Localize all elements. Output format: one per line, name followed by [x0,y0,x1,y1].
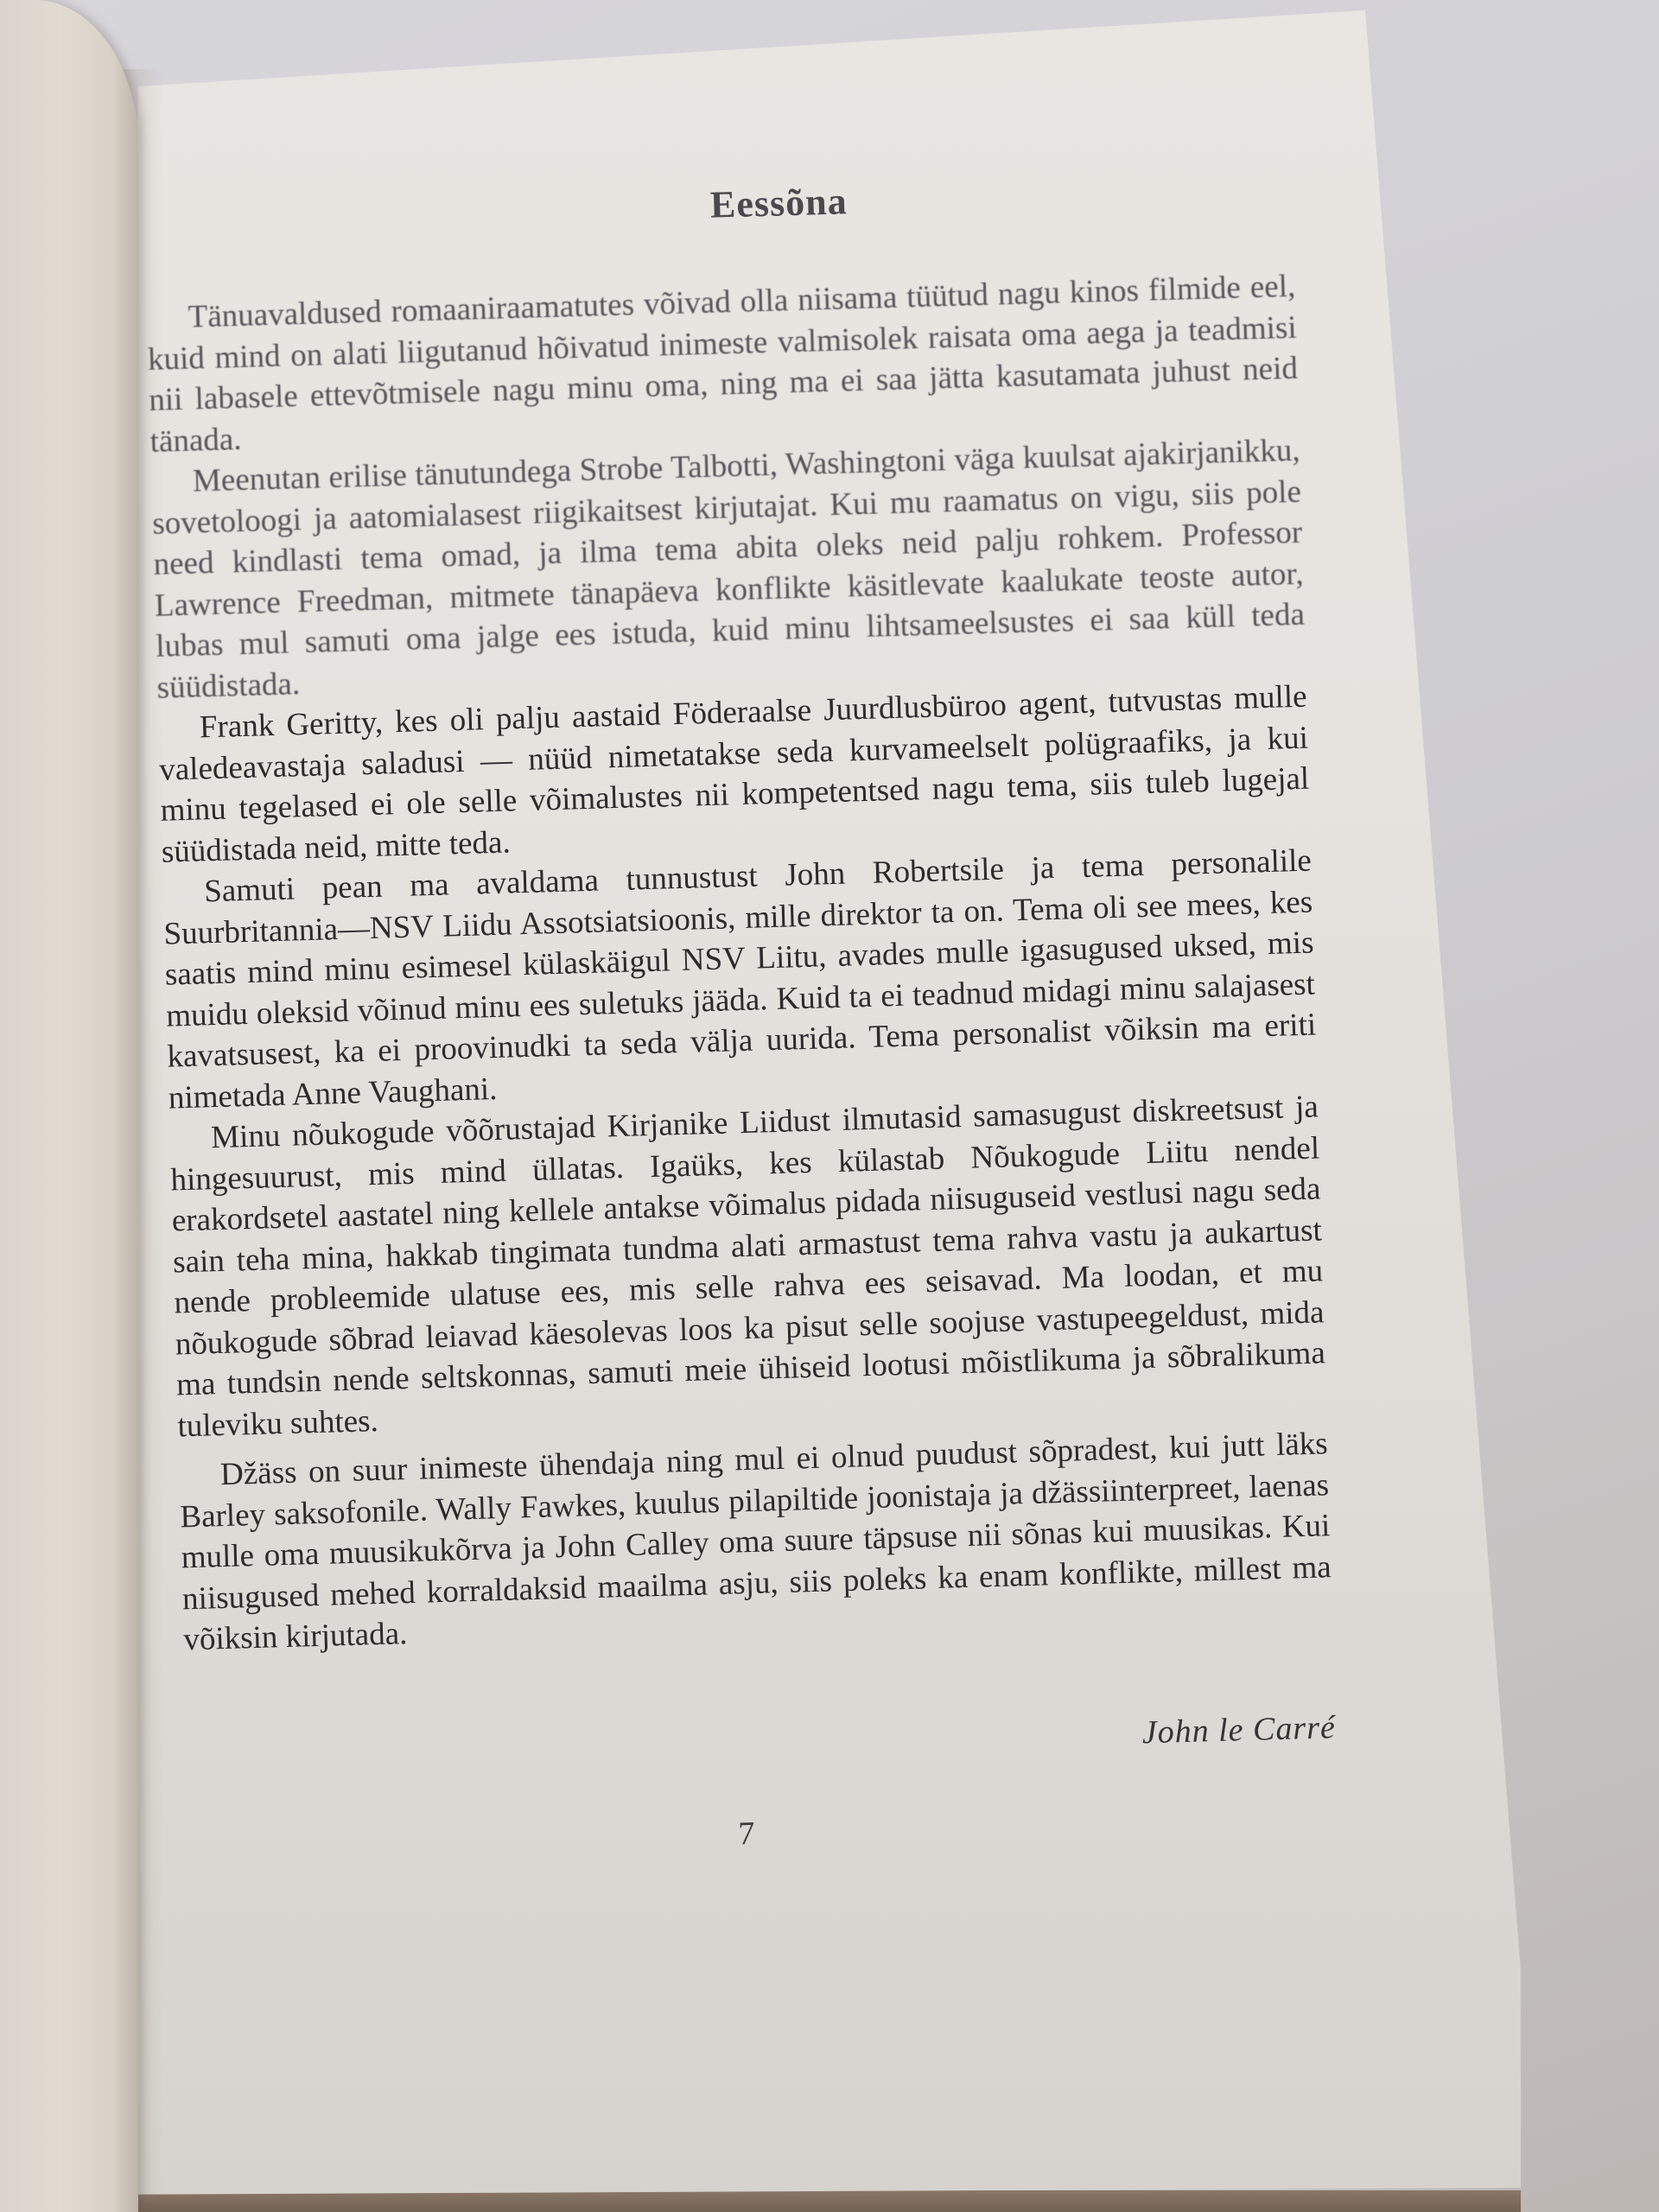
paragraph-acknowledgements-intro: Tänuavaldused romaaniraamatutes võivad o… [146,266,1300,462]
paragraph-jazz: Džäss on suur inimeste ühendaja ning mul… [178,1423,1332,1661]
previous-page-edge [0,0,138,2212]
author-signature: John le Carré [187,1708,1337,1778]
chapter-title: Eessõna [264,167,1294,239]
paragraph-geritty: Frank Geritty, kes oli palju aastaid Föd… [157,677,1311,873]
paragraph-talbott-freedman: Meenutan erilise tänutundega Strobe Talb… [150,430,1306,709]
paragraph-soviet-hosts: Minu nõukogude võõrustajad Kirjanike Lii… [169,1086,1327,1446]
page-text-block: Eessõna Tänuavaldused romaaniraamatutes … [143,141,1338,1868]
paragraph-roberts: Samuti pean ma avaldama tunnustust John … [162,841,1318,1119]
